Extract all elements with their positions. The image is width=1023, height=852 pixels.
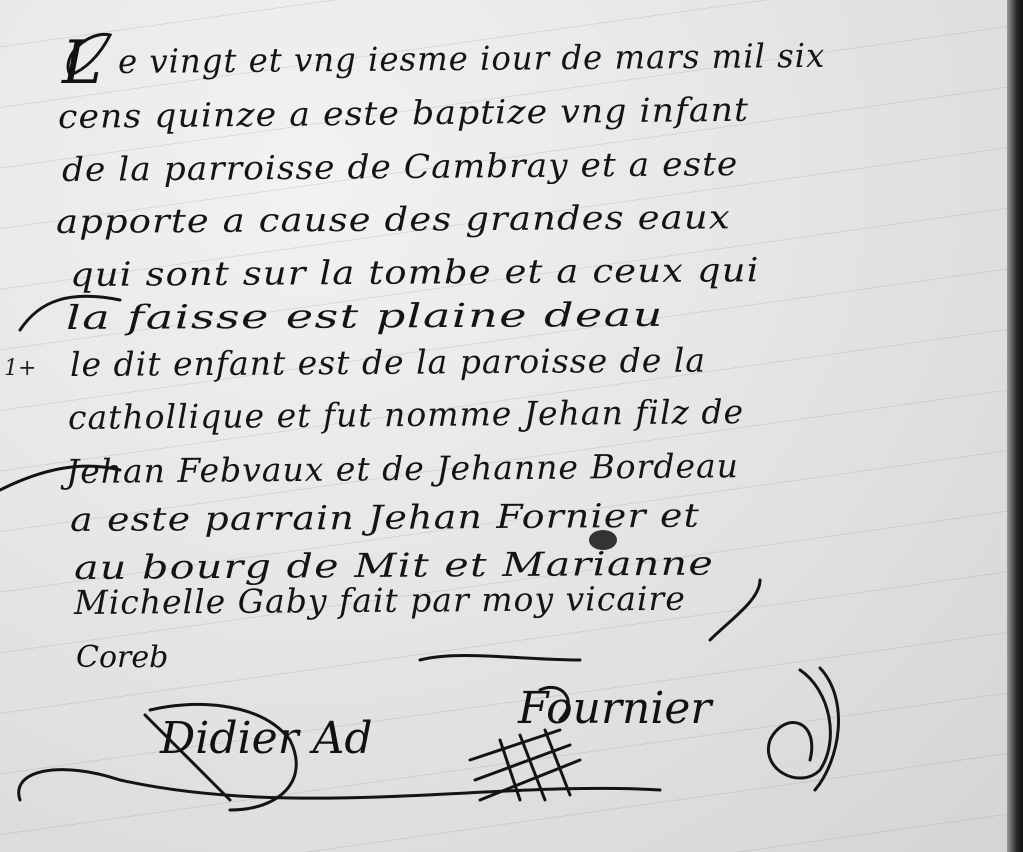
text-line-7: le dit enfant est de la paroisse de la: [70, 341, 706, 384]
text-line-5: qui sont sur la tombe et a ceux qui: [70, 250, 760, 294]
text-line-10: a este parrain Jehan Fornier et: [70, 496, 700, 539]
text-line-6: la faisse est plaine deau: [66, 295, 664, 337]
drop-cap-letter: L: [62, 28, 102, 98]
document-scan: 1+ L e vingt et vng iesme iour de mars m…: [0, 0, 1023, 852]
signature-small: Coreb: [76, 640, 168, 675]
text-line-12: Michelle Gaby fait par moy vicaire: [74, 579, 686, 622]
book-binding-edge: [1007, 0, 1023, 852]
text-line-8: cathollique et fut nomme Jehan filz de: [68, 392, 744, 437]
signature-witness: Didier Ad: [160, 713, 373, 764]
text-line-3: de la parroisse de Cambray et a este: [62, 144, 739, 189]
text-line-9: Jehan Febvaux et de Jehanne Bordeau: [66, 446, 739, 491]
text-line-1: e vingt et vng iesme iour de mars mil si…: [118, 36, 826, 81]
text-line-4: apporte a cause des grandes eaux: [56, 197, 731, 241]
signature-vicar: Fournier: [518, 683, 711, 734]
margin-note: 1+: [4, 356, 36, 381]
text-line-2: cens quinze a este baptize vng infant: [58, 90, 749, 136]
